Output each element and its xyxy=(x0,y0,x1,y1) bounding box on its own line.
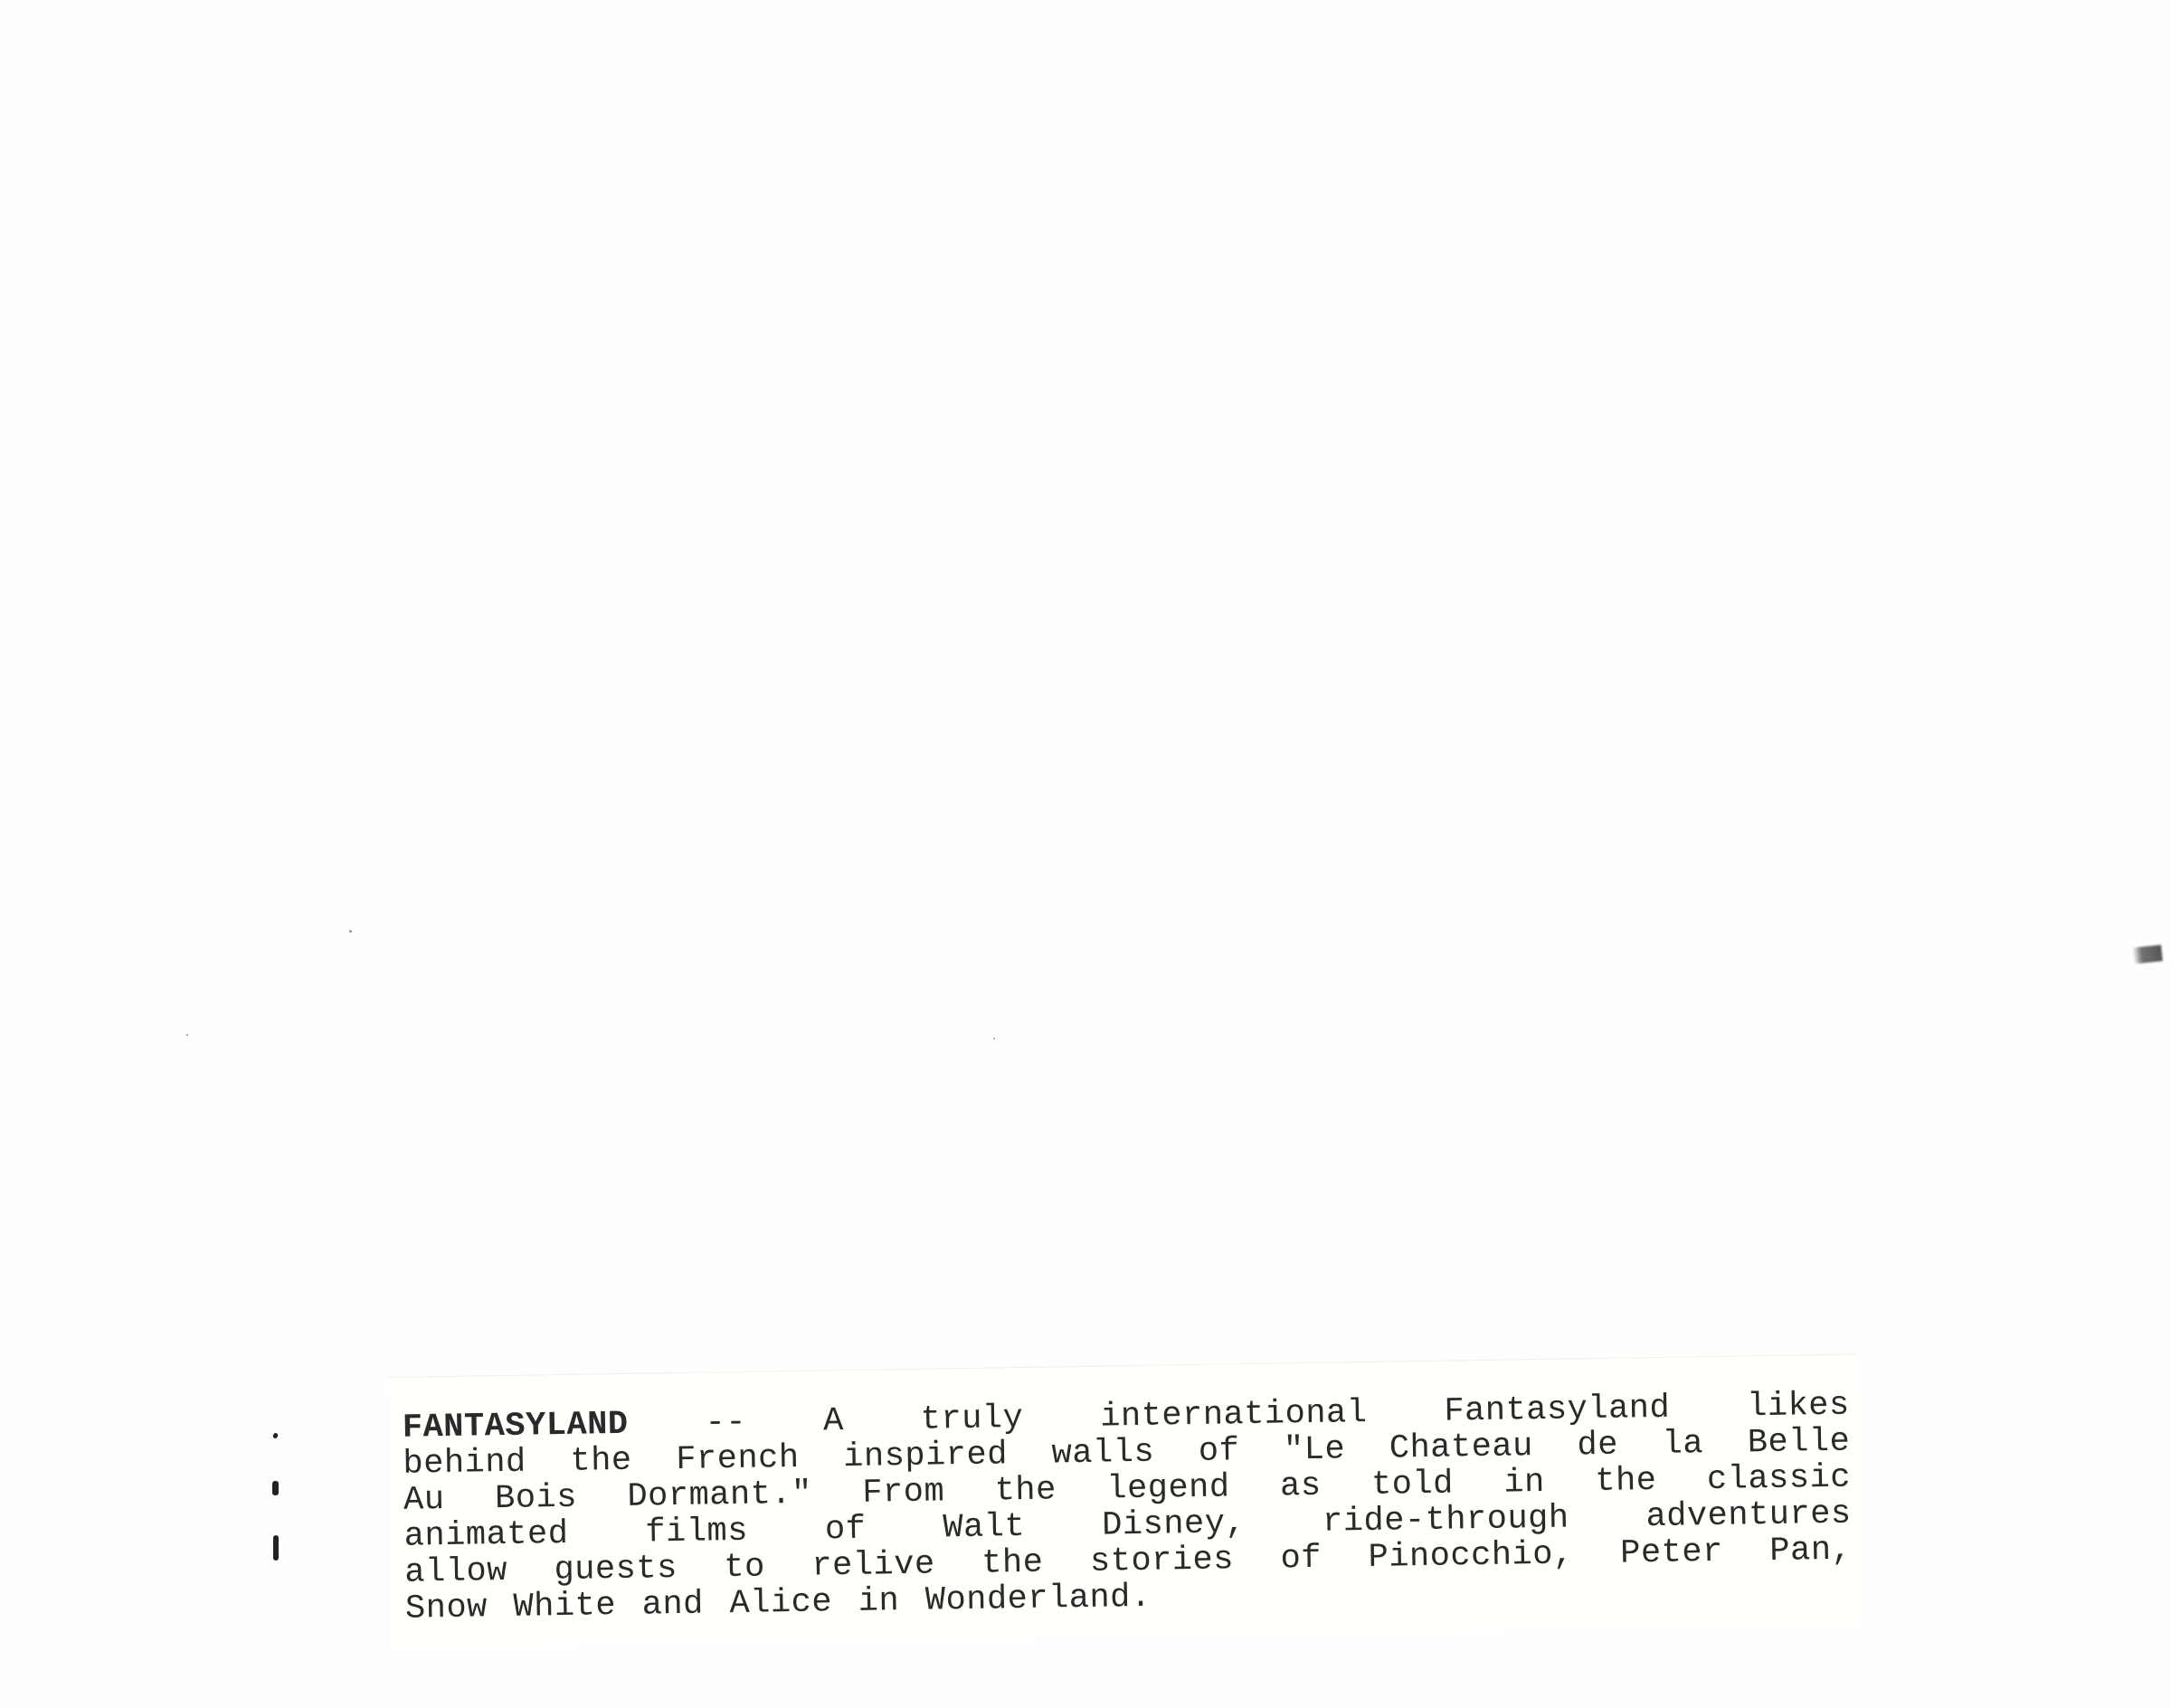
margin-mark xyxy=(272,1432,279,1439)
margin-mark xyxy=(273,1535,279,1561)
scan-speck xyxy=(993,1038,995,1039)
scan-speck xyxy=(186,1034,188,1036)
caption-text: FANTASYLAND -- A truly international Fan… xyxy=(403,1388,1853,1627)
scan-speck xyxy=(349,930,352,933)
caption-heading: FANTASYLAND xyxy=(403,1406,629,1447)
scan-smudge xyxy=(2132,944,2163,963)
margin-mark xyxy=(272,1481,279,1495)
caption-strip: FANTASYLAND -- A truly international Fan… xyxy=(387,1353,1861,1648)
